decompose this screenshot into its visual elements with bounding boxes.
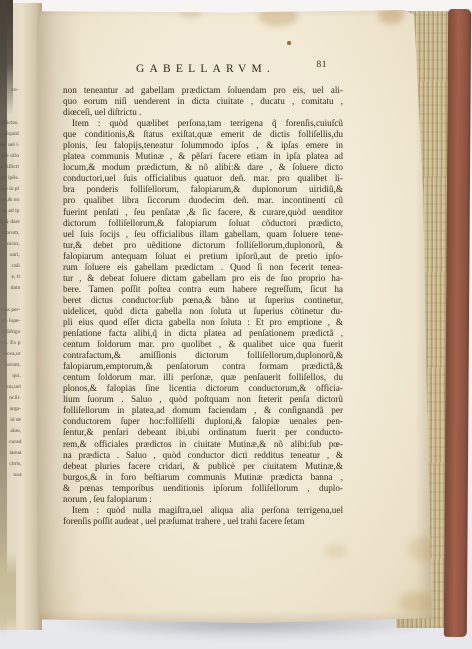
text-line: uidelicet, quòd dicta gabella non ſoluta… [63,306,343,317]
left-page-bottom-edge [0,552,16,632]
text-line: norum , ſeu falopiarum : [63,494,343,505]
book-page: GABELLARVM. 81 non teneantur ad gabellam… [36,10,432,623]
text-line: tur , & debeat ſoluere dictam gabellam p… [63,273,343,284]
book-photograph: co-Aſtictos,aliquidate, uel i-ere uſioa … [0,0,472,649]
text-line: forenſis poſſit audeat , uel præſumat tr… [63,516,343,527]
text-line: que conditionis,& ſtatus exiſtat,quæ eme… [63,129,343,140]
text-line: Item : quòd quælibet perſona,tam terrige… [63,118,343,129]
body-text: non teneantur ad gabellam prædictam ſolu… [63,85,343,527]
text-line: falopiarum,emptorum,& penſatorum contra … [63,361,343,372]
text-line: contrafactum,& amiſſionis dictorum folli… [63,350,343,361]
text-line: centum ſoldorum mar. illi perſonæ, quæ p… [63,372,343,383]
text-line: fuerint penſati , ſeu penſatæ ,& ſic fac… [63,207,343,218]
text-line: conductorem ſuper hoc:folliſelli duploni… [63,416,343,427]
text-line: conductori,uel ſuis officialibus quatuor… [63,173,343,184]
foxing-stain [324,544,348,558]
text-line: bra ponderis folliſellorum, falopiarum,&… [63,184,343,195]
ink-spot [287,41,291,45]
text-line: bere. Tamen poſſit poſtea contra eum hab… [63,284,343,295]
text-line: na prædicta . Saluo , quòd conductor dic… [63,450,343,461]
text-line: plonos,& falopias ſine licentia dictorum… [63,383,343,394]
text-line: & pœnas temporibus uenditionis ipſorum f… [63,483,343,494]
text-line: tur,& debet pro uẽditione dictorum folli… [63,240,343,251]
foxing-stain [399,592,433,614]
text-line: non teneantur ad gabellam prædictam ſolu… [63,85,343,96]
text-line: folliſellorum in platea,ad domum faciend… [63,405,343,416]
text-line: locum,& modum prædictum, & nõ alibi:& da… [63,162,343,173]
text-block: GABELLARVM. 81 non teneantur ad gabellam… [63,59,343,527]
text-line: pro qualibet libra ſiccorum duodecim deñ… [63,195,343,206]
text-line: centum ſoldorum mar. pro quolibet , & qu… [63,339,343,350]
text-line: platea communis Mutinæ , & pẽſari facere… [63,151,343,162]
text-line: Item : quòd nulla magiſtra,uel aliqua al… [63,505,343,516]
page-title: GABELLARVM. [131,63,275,75]
book-cover-edge [444,9,471,637]
text-line: quo eorum niſi uenderent in dicta ciuita… [63,96,343,107]
text-line: falopiarum antequam ſoluat ei pretium ip… [63,251,343,262]
text-line: lium ſuorum . Saluo , quòd poſtquam non … [63,394,343,405]
running-header: GABELLARVM. 81 [63,59,343,74]
text-line: penſatione facta alibi,q̃ in dicta plate… [63,328,343,339]
text-line: rem,& officiales prædictos in ciuitate M… [63,439,343,450]
text-line: dictorum folliſellorum,& falopiarum ſolu… [63,218,343,229]
text-line: beret dictus conductor:ſub pœna,& bãno u… [63,295,343,306]
text-line: ſentur,& penſari debeant ibi,ubi ordinat… [63,427,343,438]
foxing-stain [378,8,404,24]
text-line: pli eius quod eſſet dicta gabella non ſo… [63,317,343,328]
text-line: rum ſoluere eis gabellam prædictam . Quo… [63,262,343,273]
text-line: burgos,& in foro beſtiarum communis Muti… [63,472,343,483]
text-line: plonis, ſeu falopijs,teneatur ſolummodo … [63,140,343,151]
page-number: 81 [317,60,328,70]
text-line: debeat pluries facere cridari, & publicè… [63,461,343,472]
left-board-edge [0,0,7,640]
text-line: uel ſuis ſocijs , ſeu officialibus illam… [63,229,343,240]
text-line: diœceſi, uel diſtrictu . [63,107,343,118]
